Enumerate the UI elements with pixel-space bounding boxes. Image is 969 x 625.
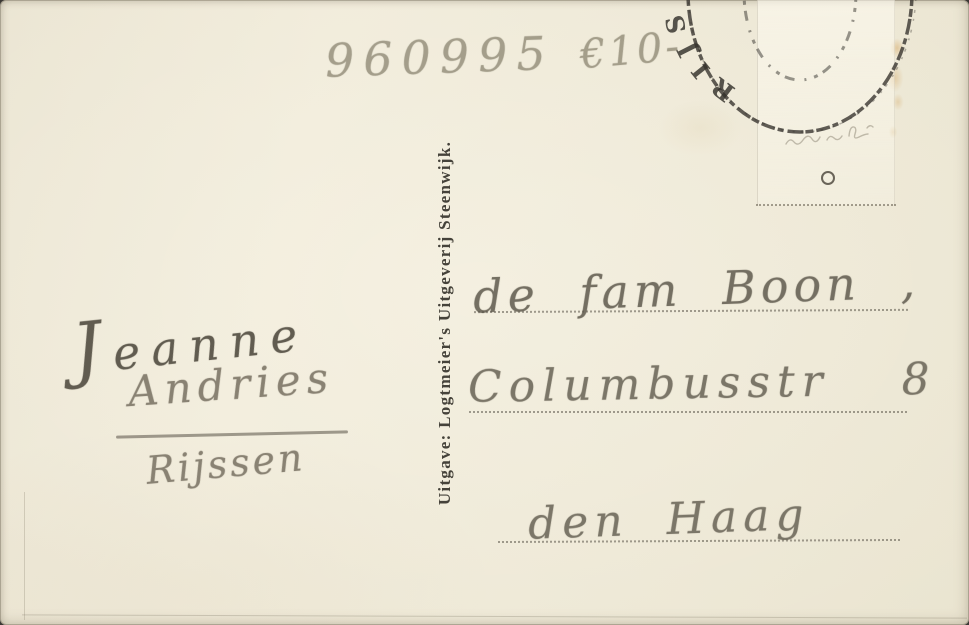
address-house-number: 8 [901, 354, 937, 406]
sender-underline [116, 430, 348, 438]
card-edge-line-left [24, 492, 25, 620]
small-circle-mark [821, 171, 835, 185]
dealer-number: 960995 [324, 26, 555, 88]
address-street: Columbusstr [468, 356, 831, 413]
publisher-imprint: Uitgave: Logtmeier's Uitgeverij Steenwij… [435, 131, 455, 515]
address-street-line: Columbusstr 8 [468, 354, 937, 413]
postmark-stamp: RIJS [655, 0, 955, 170]
card-edge-line-bottom [22, 614, 967, 618]
address-dotted-line-2 [469, 411, 907, 413]
price-annotation: €10- [578, 24, 683, 79]
address-recipient: de fam Boon , [472, 254, 921, 324]
postcard-back: RIJS 960995 €10- Uitgave: Logtmeier's Ui… [0, 0, 969, 625]
stamp-area-dotted-line [756, 204, 896, 206]
sender-place: Rijssen [144, 435, 307, 493]
